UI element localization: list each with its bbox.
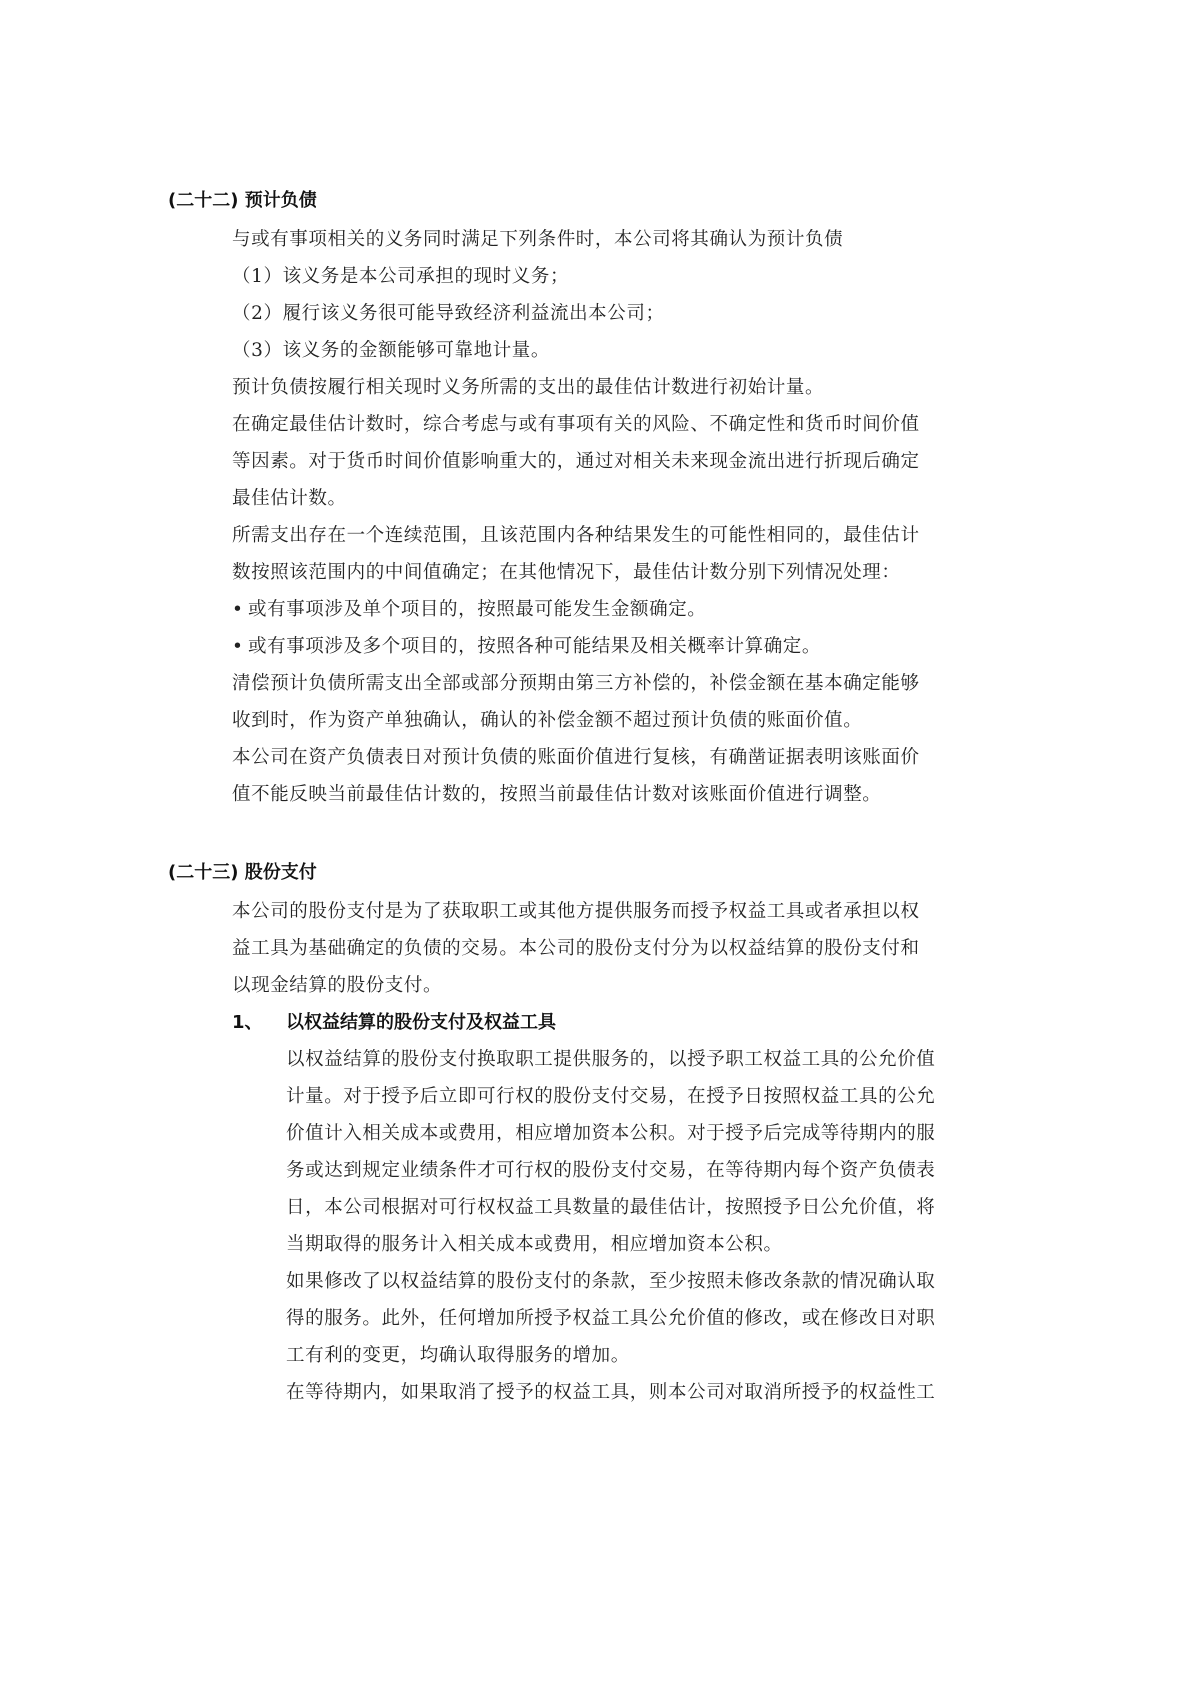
paragraph-line: 价值计入相关成本或费用，相应增加资本公积。对于授予后完成等待期内的服 [286,1119,935,1145]
paragraph-line: 以权益结算的股份支付换取职工提供服务的，以授予职工权益工具的公允价值 [286,1045,935,1071]
condition-item-2: （2）履行该义务很可能导致经济利益流出本公司； [232,299,665,325]
paragraph-line: 务或达到规定业绩条件才可行权的股份支付交易，在等待期内每个资产负债表 [286,1156,935,1182]
paragraph-line: 工有利的变更，均确认取得服务的增加。 [286,1341,630,1367]
section-heading-provisions: (二十二) 预计负债 [168,186,317,212]
bullet-item: •或有事项涉及多个项目的，按照各种可能结果及相关概率计算确定。 [232,632,821,658]
paragraph-line: 所需支出存在一个连续范围，且该范围内各种结果发生的可能性相同的，最佳估计 [232,521,920,547]
bullet-text: 或有事项涉及多个项目的，按照各种可能结果及相关概率计算确定。 [248,636,821,657]
paragraph-line: 如果修改了以权益结算的股份支付的条款，至少按照未修改条款的情况确认取 [286,1267,935,1293]
paragraph-line: 益工具为基础确定的负债的交易。本公司的股份支付分为以权益结算的股份支付和 [232,934,920,960]
bullet-icon: • [232,599,248,620]
condition-item-3: （3）该义务的金额能够可靠地计量。 [232,336,550,362]
subsection-title: 以权益结算的股份支付及权益工具 [286,1012,556,1033]
paragraph-line: 以现金结算的股份支付。 [232,971,442,997]
subsection-number: 1、 [232,1008,286,1034]
paragraph-line: 计量。对于授予后立即可行权的股份支付交易，在授予日按照权益工具的公允 [286,1082,935,1108]
bullet-item: •或有事项涉及单个项目的，按照最可能发生金额确定。 [232,595,706,621]
paragraph-line: 在确定最佳估计数时，综合考虑与或有事项有关的风险、不确定性和货币时间价值 [232,410,920,436]
paragraph-line: 最佳估计数。 [232,484,347,510]
section-heading-share-payment: (二十三) 股份支付 [168,858,317,884]
paragraph-line: 值不能反映当前最佳估计数的，按照当前最佳估计数对该账面价值进行调整。 [232,780,881,806]
paragraph-line: 清偿预计负债所需支出全部或部分预期由第三方补偿的，补偿金额在基本确定能够 [232,669,920,695]
paragraph-line: 日，本公司根据对可行权权益工具数量的最佳估计，按照授予日公允价值，将 [286,1193,935,1219]
paragraph-line: 当期取得的服务计入相关成本或费用，相应增加资本公积。 [286,1230,783,1256]
document-page: (二十二) 预计负债 与或有事项相关的义务同时满足下列条件时，本公司将其确认为预… [0,0,1200,1697]
subsection-heading: 1、以权益结算的股份支付及权益工具 [232,1008,556,1034]
condition-item-1: （1）该义务是本公司承担的现时义务； [232,262,569,288]
paragraph-line: 本公司在资产负债表日对预计负债的账面价值进行复核，有确凿证据表明该账面价 [232,743,920,769]
paragraph-line: 得的服务。此外，任何增加所授予权益工具公允价值的修改，或在修改日对职 [286,1304,935,1330]
paragraph-line: 收到时，作为资产单独确认，确认的补偿金额不超过预计负债的账面价值。 [232,706,862,732]
paragraph-line: 本公司的股份支付是为了获取职工或其他方提供服务而授予权益工具或者承担以权 [232,897,920,923]
paragraph-line: 在等待期内，如果取消了授予的权益工具，则本公司对取消所授予的权益性工 [286,1378,935,1404]
paragraph-line: 与或有事项相关的义务同时满足下列条件时，本公司将其确认为预计负债 [232,225,843,251]
bullet-text: 或有事项涉及单个项目的，按照最可能发生金额确定。 [248,599,706,620]
paragraph-line: 等因素。对于货币时间价值影响重大的，通过对相关未来现金流出进行折现后确定 [232,447,920,473]
bullet-icon: • [232,636,248,657]
paragraph-line: 数按照该范围内的中间值确定；在其他情况下，最佳估计数分别下列情况处理： [232,558,901,584]
paragraph-line: 预计负债按履行相关现时义务所需的支出的最佳估计数进行初始计量。 [232,373,824,399]
